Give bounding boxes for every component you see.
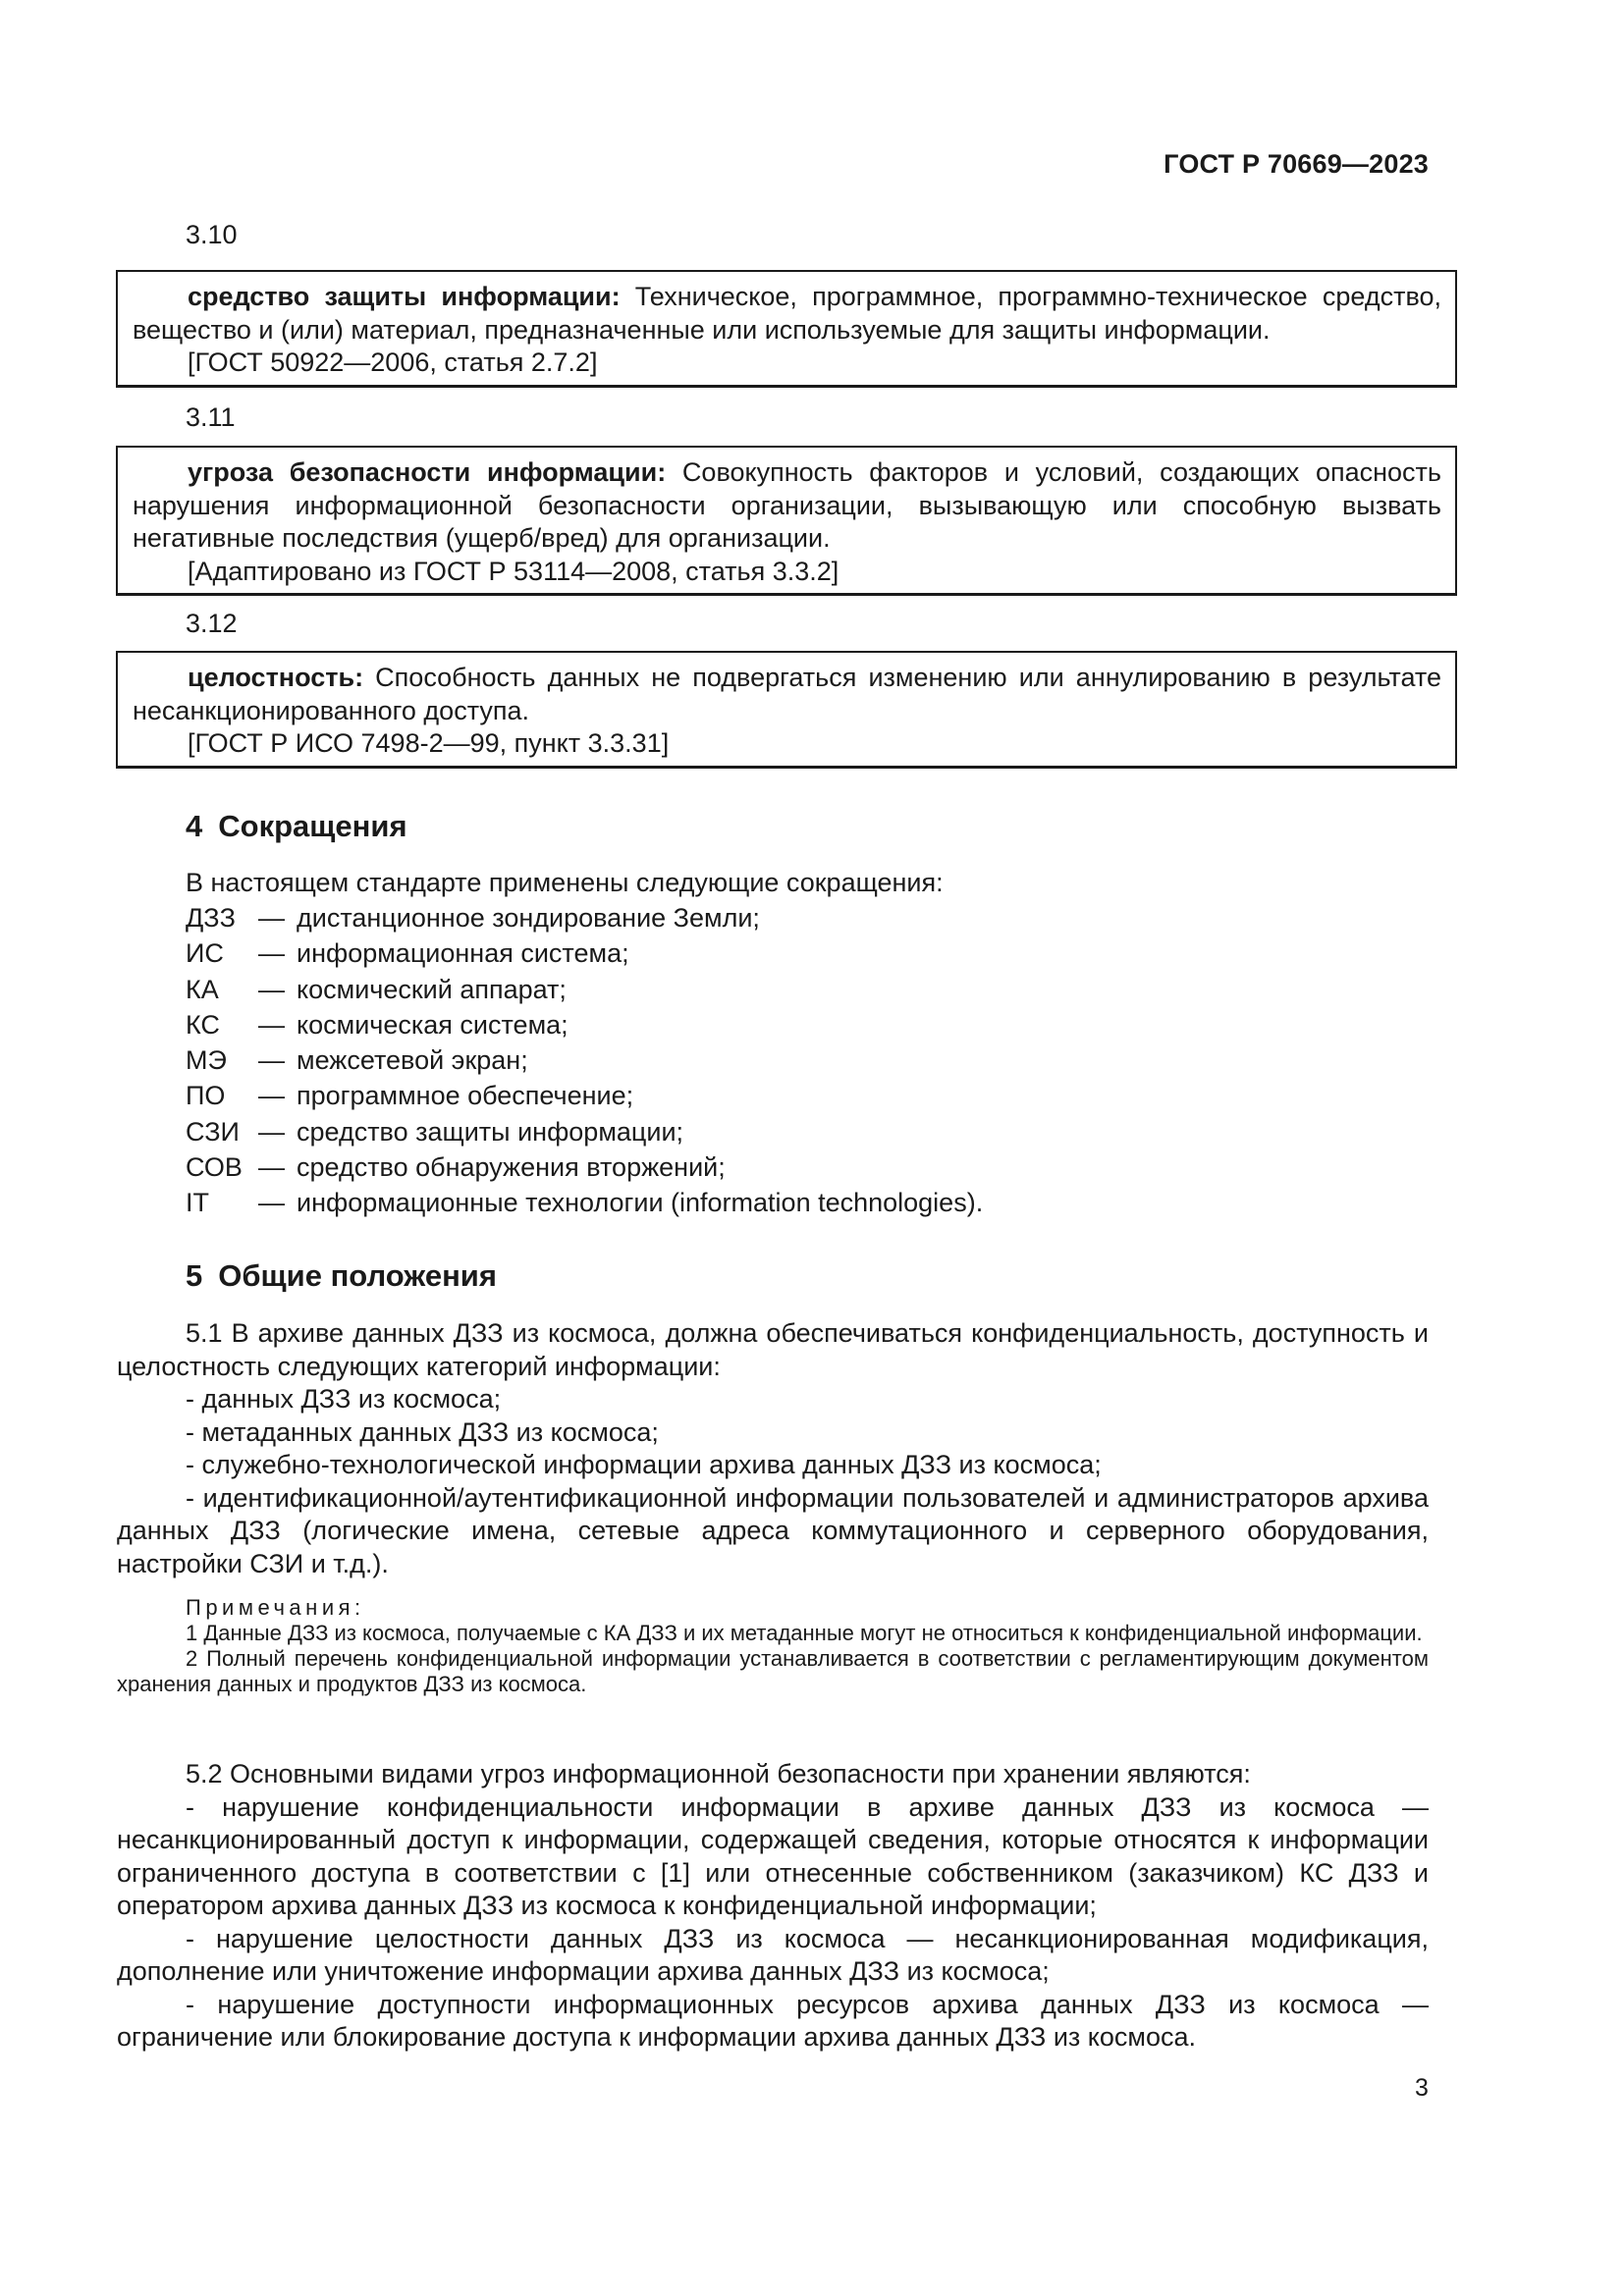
- abbreviation-dash: —: [258, 1007, 285, 1042]
- term-definition: средство защиты информации: Техническое,…: [133, 281, 1441, 347]
- document-header-id: ГОСТ Р 70669—2023: [1164, 149, 1429, 180]
- list-item: - данных ДЗЗ из космоса;: [117, 1383, 1429, 1416]
- list-item: - служебно-технологической информации ар…: [117, 1449, 1429, 1482]
- list-item: - нарушение конфиденциальности информаци…: [117, 1791, 1429, 1923]
- section-title: Общие положения: [218, 1258, 497, 1293]
- abbreviation-key: КА: [186, 972, 219, 1007]
- term-definition-box: средство защиты информации: Техническое,…: [116, 270, 1457, 388]
- list-item: - идентификационной/аутентификационной и…: [117, 1482, 1429, 1581]
- abbreviation-key: ПО: [186, 1078, 225, 1113]
- term-definition: целостность: Способность данных не подве…: [133, 662, 1441, 727]
- term-number: 3.12: [186, 609, 238, 638]
- clause-5-1: 5.1 В архиве данных ДЗЗ из космоса, долж…: [117, 1317, 1429, 1580]
- section-number: 5: [186, 1258, 202, 1293]
- abbreviation-value: информационные технологии (information t…: [297, 1185, 983, 1220]
- abbreviation-dash: —: [258, 935, 285, 971]
- section-number: 4: [186, 809, 202, 843]
- abbreviation-key: ИС: [186, 935, 224, 971]
- section-heading-general: 5Общие положения: [186, 1258, 497, 1294]
- abbreviation-value: космическая система;: [297, 1007, 568, 1042]
- term-number: 3.10: [186, 220, 238, 249]
- abbreviation-dash: —: [258, 900, 285, 935]
- term-source: [Адаптировано из ГОСТ Р 53114—2008, стат…: [133, 556, 1441, 589]
- abbreviation-value: информационная система;: [297, 935, 629, 971]
- abbreviation-dash: —: [258, 1042, 285, 1078]
- abbreviation-dash: —: [258, 1114, 285, 1149]
- term-definition-box: целостность: Способность данных не подве…: [116, 651, 1457, 769]
- abbreviation-dash: —: [258, 972, 285, 1007]
- abbreviations-intro: В настоящем стандарте применены следующи…: [186, 868, 944, 897]
- term-definition: угроза безопасности информации: Совокупн…: [133, 456, 1441, 556]
- abbreviation-key: ДЗЗ: [186, 900, 236, 935]
- term-name: средство защиты информации:: [188, 282, 621, 311]
- notes-block: Примечания: 1 Данные ДЗЗ из космоса, пол…: [117, 1595, 1429, 1697]
- notes-title: Примечания:: [117, 1595, 1429, 1621]
- clause-intro: 5.2 Основными видами угроз информационно…: [117, 1758, 1429, 1791]
- abbreviation-value: средство защиты информации;: [297, 1114, 683, 1149]
- abbreviation-value: межсетевой экран;: [297, 1042, 528, 1078]
- term-source: [ГОСТ Р ИСО 7498-2—99, пункт 3.3.31]: [133, 727, 1441, 761]
- section-heading-abbreviations: 4Сокращения: [186, 809, 407, 844]
- note-item: 1 Данные ДЗЗ из космоса, получаемые с КА…: [117, 1621, 1429, 1646]
- abbreviation-key: СЗИ: [186, 1114, 240, 1149]
- abbreviation-key: КС: [186, 1007, 220, 1042]
- abbreviation-value: космический аппарат;: [297, 972, 567, 1007]
- term-number: 3.11: [186, 402, 236, 432]
- list-item: - нарушение доступности информационных р…: [117, 1989, 1429, 2055]
- abbreviation-key: IT: [186, 1185, 209, 1220]
- term-name: целостность:: [188, 663, 363, 692]
- term-source: [ГОСТ 50922—2006, статья 2.7.2]: [133, 347, 1441, 380]
- list-item: - метаданных данных ДЗЗ из космоса;: [117, 1416, 1429, 1450]
- clause-5-2: 5.2 Основными видами угроз информационно…: [117, 1758, 1429, 2055]
- abbreviation-dash: —: [258, 1185, 285, 1220]
- section-title: Сокращения: [218, 809, 406, 843]
- abbreviation-value: дистанционное зондирование Земли;: [297, 900, 760, 935]
- abbreviation-key: СОВ: [186, 1149, 243, 1185]
- term-definition-box: угроза безопасности информации: Совокупн…: [116, 446, 1457, 596]
- abbreviation-dash: —: [258, 1078, 285, 1113]
- abbreviation-value: программное обеспечение;: [297, 1078, 633, 1113]
- abbreviation-dash: —: [258, 1149, 285, 1185]
- page-number: 3: [1415, 2074, 1429, 2102]
- abbreviation-key: МЭ: [186, 1042, 227, 1078]
- abbreviation-value: средство обнаружения вторжений;: [297, 1149, 726, 1185]
- clause-intro: 5.1 В архиве данных ДЗЗ из космоса, долж…: [117, 1317, 1429, 1383]
- note-item: 2 Полный перечень конфиденциальной инфор…: [117, 1646, 1429, 1697]
- term-name: угроза безопасности информации:: [188, 457, 666, 487]
- list-item: - нарушение целостности данных ДЗЗ из ко…: [117, 1923, 1429, 1989]
